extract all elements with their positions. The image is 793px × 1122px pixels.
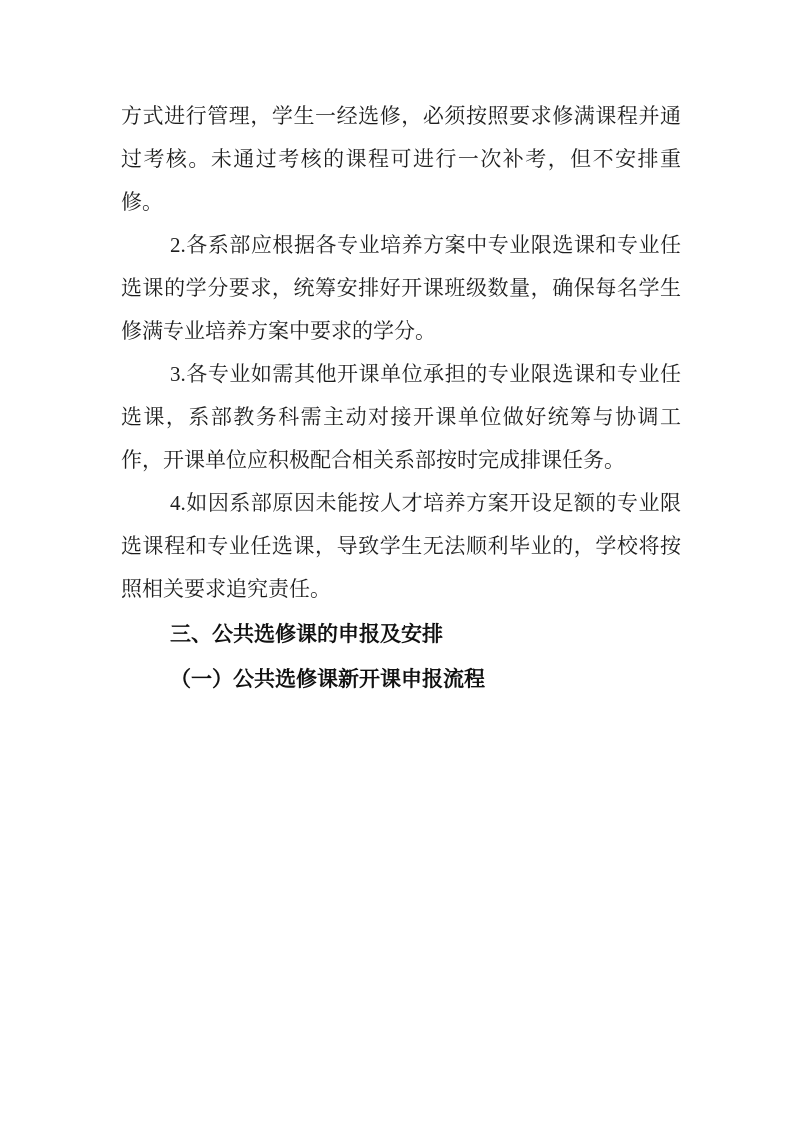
subsection-heading: （一）公共选修课新开课申报流程 xyxy=(121,658,681,701)
text-block: 方式进行管理，学生一经选修，必须按照要求修满课程并通过考核。未通过考核的课程可进… xyxy=(121,95,681,701)
document-page: 方式进行管理，学生一经选修，必须按照要求修满课程并通过考核。未通过考核的课程可进… xyxy=(0,0,793,1122)
body-paragraph-4: 4.如因系部原因未能按人才培养方案开设足额的专业限选课程和专业任选课，导致学生无… xyxy=(121,482,681,611)
body-paragraph-continuation: 方式进行管理，学生一经选修，必须按照要求修满课程并通过考核。未通过考核的课程可进… xyxy=(121,95,681,224)
section-heading: 三、公共选修课的申报及安排 xyxy=(121,613,681,656)
body-paragraph-2: 2.各系部应根据各专业培养方案中专业限选课和专业任选课的学分要求，统筹安排好开课… xyxy=(121,224,681,353)
body-paragraph-3: 3.各专业如需其他开课单位承担的专业限选课和专业任选课，系部教务科需主动对接开课… xyxy=(121,353,681,482)
